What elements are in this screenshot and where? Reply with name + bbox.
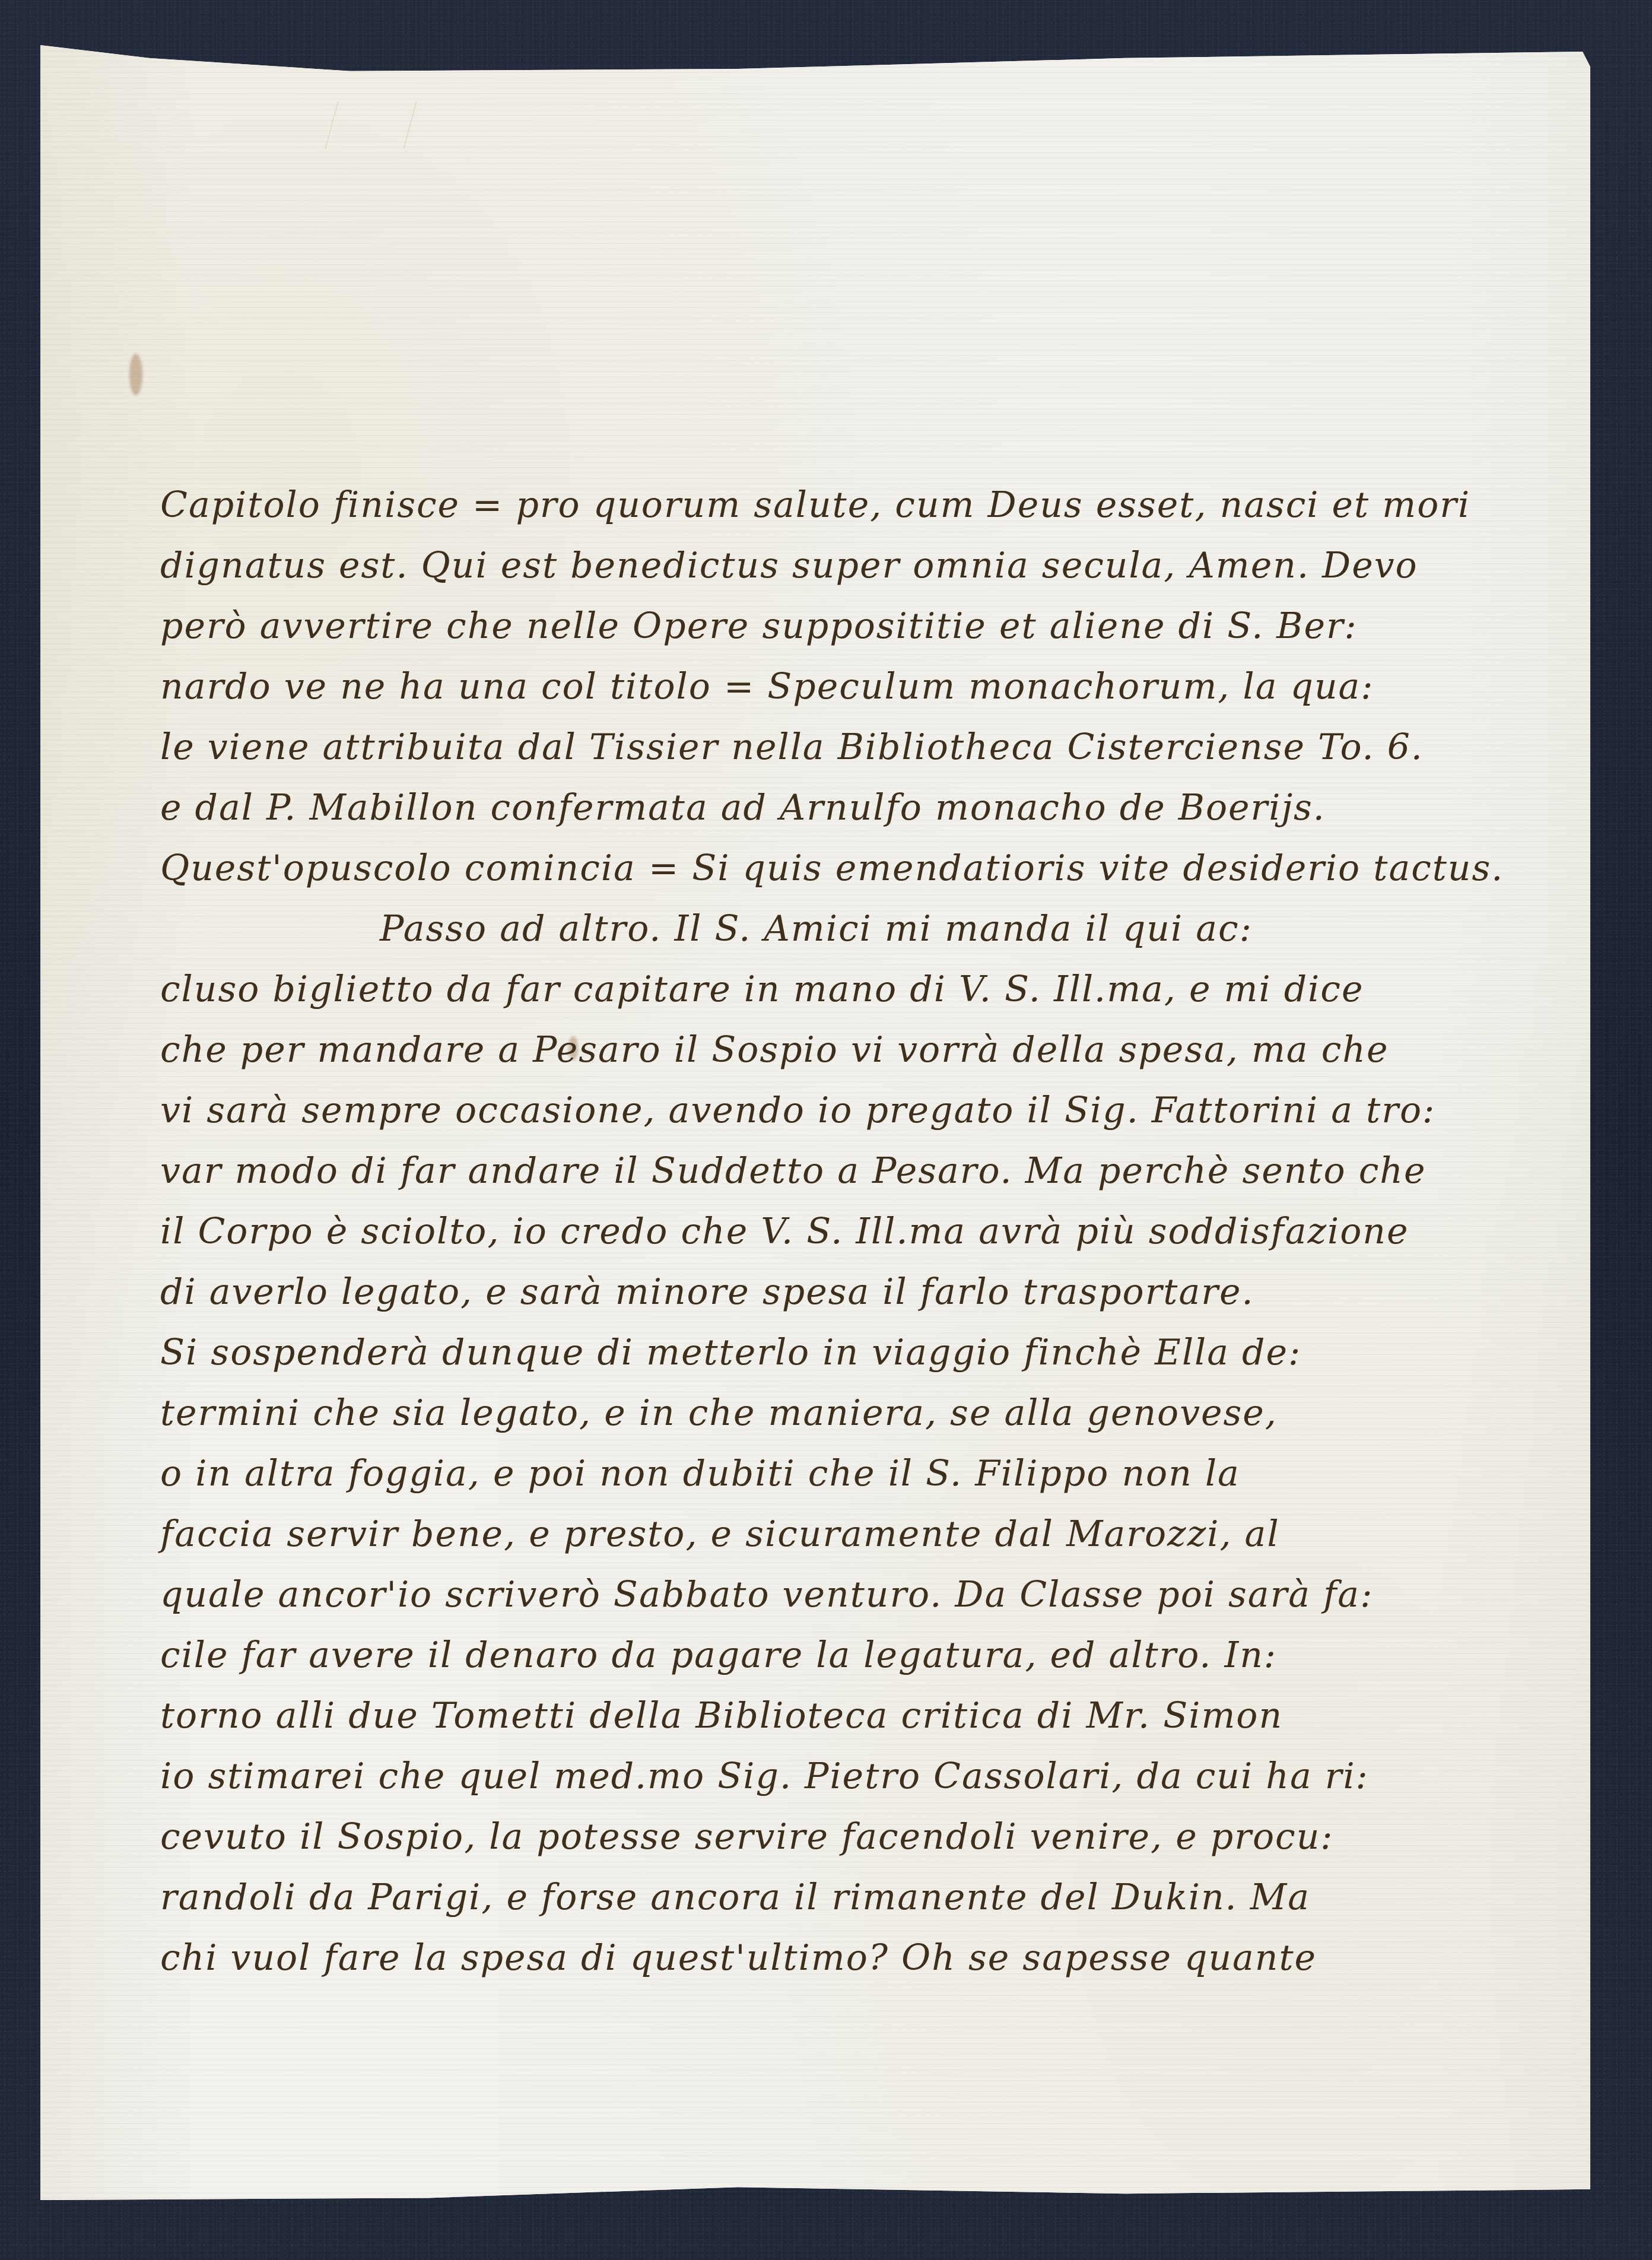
- text-line: o in altra foggia, e poi non dubiti che …: [160, 1443, 1240, 1504]
- text-line: randoli da Parigi, e forse ancora il rim…: [160, 1867, 1310, 1928]
- text-line: che per mandare a Pesaro il Sospio vi vo…: [160, 1020, 1389, 1080]
- text-line: il Corpo è sciolto, io credo che V. S. I…: [160, 1201, 1409, 1262]
- text-line: termini che sia legato, e in che maniera…: [160, 1383, 1278, 1443]
- text-line: Capitolo finisce = pro quorum salute, cu…: [160, 475, 1470, 535]
- text-line: Si sospenderà dunque di metterlo in viag…: [160, 1322, 1301, 1383]
- text-line: nardo ve ne ha una col titolo = Speculum…: [160, 656, 1374, 717]
- text-line: cevuto il Sospio, la potesse servire fac…: [160, 1807, 1334, 1867]
- fold-crease: [325, 101, 417, 149]
- text-line: però avvertire che nelle Opere suppositi…: [160, 596, 1358, 656]
- text-line: var modo di far andare il Suddetto a Pes…: [160, 1141, 1426, 1201]
- text-line: vi sarà sempre occasione, avendo io preg…: [160, 1080, 1435, 1141]
- text-line: di averlo legato, e sarà minore spesa il…: [160, 1262, 1254, 1322]
- text-line: le viene attribuita dal Tissier nella Bi…: [160, 717, 1424, 777]
- text-line: faccia servir bene, e presto, e sicurame…: [160, 1504, 1280, 1564]
- text-line: cile far avere il denaro da pagare la le…: [160, 1625, 1277, 1686]
- text-line: io stimarei che quel med.mo Sig. Pietro …: [160, 1746, 1369, 1807]
- text-line: torno alli due Tometti della Biblioteca …: [160, 1686, 1283, 1746]
- text-line: Quest'opuscolo comincia = Si quis emenda…: [160, 838, 1504, 899]
- text-line: e dal P. Mabillon confermata ad Arnulfo …: [160, 777, 1326, 838]
- text-line-paragraph-start: Passo ad altro. Il S. Amici mi manda il …: [380, 899, 1253, 959]
- text-line: quale ancor'io scriverò Sabbato venturo.…: [160, 1564, 1373, 1625]
- text-line: dignatus est. Qui est benedictus super o…: [160, 535, 1418, 596]
- text-line: chi vuol fare la spesa di quest'ultimo? …: [160, 1928, 1317, 1988]
- ink-stain: [129, 354, 142, 395]
- text-line: cluso biglietto da far capitare in mano …: [160, 959, 1364, 1020]
